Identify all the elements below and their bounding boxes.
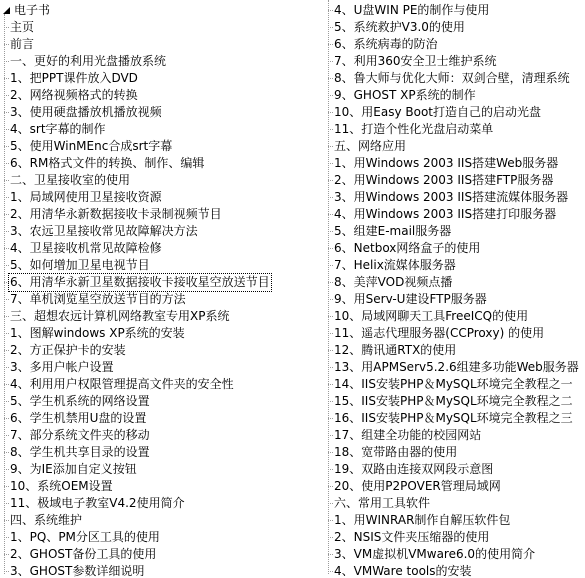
tree-item[interactable]: 11、打造个性化光盘启动菜单 xyxy=(334,121,493,138)
tree-item-label: 2、NSIS文件夹压缩器的使用 xyxy=(334,530,489,545)
tree-item[interactable]: 二、卫星接收室的使用 xyxy=(10,172,130,189)
tree-item-label: 6、用清华永新卫星数据接收卡接收星空放送节目 xyxy=(10,275,270,290)
tree-item[interactable]: 11、极域电子教室V4.2使用简介 xyxy=(10,495,185,512)
tree-item[interactable]: 8、美萍VOD视频点播 xyxy=(334,274,452,291)
tree-item-label: 10、局域网聊天工具FreeICQ的使用 xyxy=(334,309,528,324)
tree-item-label: 3、农远卫星接收常见故障解决方法 xyxy=(10,224,198,239)
tree-item[interactable]: 3、农远卫星接收常见故障解决方法 xyxy=(10,223,198,240)
tree-item-label: 4、利用用户权限管理提高文件夹的安全性 xyxy=(10,377,234,392)
tree-item[interactable]: 2、GHOST备份工具的使用 xyxy=(10,546,156,563)
tree-item[interactable]: 1、PQ、PM分区工具的使用 xyxy=(10,529,160,546)
tree-item[interactable]: 3、用Windows 2003 IIS搭建流媒体服务器 xyxy=(334,189,568,206)
tree-item-label: 9、用Serv-U建设FTP服务器 xyxy=(334,292,487,307)
tree-item[interactable]: 1、图解windows XP系统的安装 xyxy=(10,325,185,342)
tree-item-label: 一、更好的利用光盘播放系统 xyxy=(10,54,166,69)
tree-guide-line-left xyxy=(4,14,5,574)
tree-item-label: 14、IIS安装PHP＆MySQL环境完全教程之一 xyxy=(334,377,573,392)
tree-item[interactable]: 6、用清华永新卫星数据接收卡接收星空放送节目 xyxy=(10,274,270,291)
tree-item-label: 三、超想农远计算机网络教室专用XP系统 xyxy=(10,309,229,324)
tree-item[interactable]: 16、IIS安装PHP＆MySQL环境完全教程之三 xyxy=(334,410,573,427)
tree-item-label: 16、IIS安装PHP＆MySQL环境完全教程之三 xyxy=(334,411,573,426)
tree-item[interactable]: 15、IIS安装PHP＆MySQL环境完全教程之二 xyxy=(334,393,573,410)
tree-item-label: 6、RM格式文件的转换、制作、编辑 xyxy=(10,156,204,171)
tree-item[interactable]: 3、GHOST参数详细说明 xyxy=(10,563,144,578)
tree-item-label: 10、系统OEM设置 xyxy=(10,479,113,494)
tree-item-label: 4、U盘WIN PE的制作与使用 xyxy=(334,3,489,18)
tree-item[interactable]: 10、局域网聊天工具FreeICQ的使用 xyxy=(334,308,528,325)
tree-item[interactable]: 1、把PPT课件放入DVD xyxy=(10,70,138,87)
tree-item-label: 10、用Easy Boot打造自己的启动光盘 xyxy=(334,105,541,120)
tree-item[interactable]: 三、超想农远计算机网络教室专用XP系统 xyxy=(10,308,229,325)
tree-item-label: 13、用APMServ5.2.6组建多功能Web服务器 xyxy=(334,360,579,375)
tree-item[interactable]: 2、方正保护卡的安装 xyxy=(10,342,126,359)
tree-item[interactable]: 2、NSIS文件夹压缩器的使用 xyxy=(334,529,489,546)
tree-item-label: 9、为IE添加自定义按钮 xyxy=(10,462,137,477)
tree-item[interactable]: 1、用WINRAR制作自解压软件包 xyxy=(334,512,510,529)
tree-item-label: 3、多用户帐户设置 xyxy=(10,360,114,375)
tree-item-label: 3、用Windows 2003 IIS搭建流媒体服务器 xyxy=(334,190,568,205)
tree-item[interactable]: 6、Netbox网络盒子的使用 xyxy=(334,240,480,257)
tree-item-label: 六、常用工具软件 xyxy=(334,496,430,511)
tree-item-label: 1、把PPT课件放入DVD xyxy=(10,71,138,86)
tree-item[interactable]: 5、使用WinMEnc合成srt字幕 xyxy=(10,138,172,155)
tree-item[interactable]: 4、srt字幕的制作 xyxy=(10,121,106,138)
tree-item-label: 2、用清华永新数据接收卡录制视频节目 xyxy=(10,207,222,222)
tree-item[interactable]: 主页 xyxy=(10,19,34,36)
tree-item[interactable]: 2、网络视频格式的转换 xyxy=(10,87,138,104)
tree-item[interactable]: 4、利用用户权限管理提高文件夹的安全性 xyxy=(10,376,234,393)
tree-item[interactable]: 3、VM虚拟机VMware6.0的使用简介 xyxy=(334,546,535,563)
tree-item[interactable]: 4、VMWare tools的安装 xyxy=(334,563,472,578)
tree-item[interactable]: 14、IIS安装PHP＆MySQL环境完全教程之一 xyxy=(334,376,573,393)
tree-item-label: 1、PQ、PM分区工具的使用 xyxy=(10,530,160,545)
tree-item[interactable]: 7、部分系统文件夹的移动 xyxy=(10,427,150,444)
tree-item[interactable]: 5、系统救护V3.0的使用 xyxy=(334,19,465,36)
tree-item-label: 3、GHOST参数详细说明 xyxy=(10,564,144,578)
tree-item[interactable]: 12、腾讯通RTX的使用 xyxy=(334,342,456,359)
tree-item-label: 7、单机浏览星空放送节目的方法 xyxy=(10,292,186,307)
tree-item-label: 12、腾讯通RTX的使用 xyxy=(334,343,456,358)
tree-item[interactable]: 13、用APMServ5.2.6组建多功能Web服务器 xyxy=(334,359,579,376)
tree-item[interactable]: 8、鲁大师与优化大师：双剑合壁，清理系统 xyxy=(334,70,570,87)
tree-guide-line-right xyxy=(328,0,329,574)
tree-item-label: 四、系统维护 xyxy=(10,513,82,528)
tree-item[interactable]: 19、双路由连接双网段示意图 xyxy=(334,461,493,478)
tree-item[interactable]: 6、RM格式文件的转换、制作、编辑 xyxy=(10,155,204,172)
tree-item[interactable]: 4、U盘WIN PE的制作与使用 xyxy=(334,2,489,19)
tree-item[interactable]: 5、学生机系统的网络设置 xyxy=(10,393,150,410)
tree-item-label: 2、用Windows 2003 IIS搭建FTP服务器 xyxy=(334,173,553,188)
tree-item-label: 20、使用P2POVER管理局域网 xyxy=(334,479,501,494)
tree-item-label: 主页 xyxy=(10,20,34,35)
tree-item[interactable]: 3、使用硬盘播放机播放视频 xyxy=(10,104,162,121)
tree-item[interactable]: 前言 xyxy=(10,36,34,53)
tree-item[interactable]: 1、用Windows 2003 IIS搭建Web服务器 xyxy=(334,155,558,172)
tree-item[interactable]: 17、组建全功能的校园网站 xyxy=(334,427,481,444)
tree-item[interactable]: 10、用Easy Boot打造自己的启动光盘 xyxy=(334,104,541,121)
tree-item-label: 3、VM虚拟机VMware6.0的使用简介 xyxy=(334,547,535,562)
tree-item[interactable]: 10、系统OEM设置 xyxy=(10,478,113,495)
tree-item-label: 4、用Windows 2003 IIS搭建打印服务器 xyxy=(334,207,556,222)
tree-item[interactable]: 四、系统维护 xyxy=(10,512,82,529)
tree-item-label: 6、系统病毒的防治 xyxy=(334,37,438,52)
tree-item-label: 2、网络视频格式的转换 xyxy=(10,88,138,103)
tree-item[interactable]: 2、用Windows 2003 IIS搭建FTP服务器 xyxy=(334,172,553,189)
tree-item-label: 3、使用硬盘播放机播放视频 xyxy=(10,105,162,120)
tree-item-label: 二、卫星接收室的使用 xyxy=(10,173,130,188)
tree-item-label: 19、双路由连接双网段示意图 xyxy=(334,462,493,477)
tree-item[interactable]: 9、GHOST XP系统的制作 xyxy=(334,87,476,104)
tree-item-label: 1、用WINRAR制作自解压软件包 xyxy=(334,513,510,528)
tree-item[interactable]: 1、局域网使用卫星接收资源 xyxy=(10,189,162,206)
tree-item[interactable]: 18、宽带路由器的使用 xyxy=(334,444,457,461)
tree-item-label: 9、GHOST XP系统的制作 xyxy=(334,88,476,103)
tree-item[interactable]: 5、组建E-mail服务器 xyxy=(334,223,451,240)
tree-item-label: 11、遥志代理服务器(CCProxy) 的使用 xyxy=(334,326,544,341)
tree-item[interactable]: 9、用Serv-U建设FTP服务器 xyxy=(334,291,487,308)
tree-item-label: 15、IIS安装PHP＆MySQL环境完全教程之二 xyxy=(334,394,573,409)
tree-item[interactable]: 6、系统病毒的防治 xyxy=(334,36,438,53)
tree-item-label: 2、方正保护卡的安装 xyxy=(10,343,126,358)
tree-item-label: 5、系统救护V3.0的使用 xyxy=(334,20,465,35)
tree-item-label: 6、学生机禁用U盘的设置 xyxy=(10,411,146,426)
tree-item-label: 7、部分系统文件夹的移动 xyxy=(10,428,150,443)
tree-item-label: 5、学生机系统的网络设置 xyxy=(10,394,150,409)
tree-item[interactable]: 7、单机浏览星空放送节目的方法 xyxy=(10,291,186,308)
tree-root-label: 电子书 xyxy=(14,3,50,17)
tree-item-label: 4、卫星接收机常见故障检修 xyxy=(10,241,162,256)
tree-item-label: 7、利用360安全卫士维护系统 xyxy=(334,54,497,69)
tree-item[interactable]: 六、常用工具软件 xyxy=(334,495,430,512)
tree-item[interactable]: 8、学生机共享目录的设置 xyxy=(10,444,150,461)
tree-item[interactable]: 20、使用P2POVER管理局域网 xyxy=(334,478,501,495)
tree-item-label: 1、局域网使用卫星接收资源 xyxy=(10,190,162,205)
tree-item-label: 18、宽带路由器的使用 xyxy=(334,445,457,460)
tree-item[interactable]: 7、Helix流媒体服务器 xyxy=(334,257,456,274)
tree-item-label: 8、美萍VOD视频点播 xyxy=(334,275,452,290)
tree-item[interactable]: 6、学生机禁用U盘的设置 xyxy=(10,410,146,427)
expand-arrow-icon[interactable] xyxy=(2,3,11,12)
tree-item-label: 8、鲁大师与优化大师：双剑合壁，清理系统 xyxy=(334,71,570,86)
tree-item-label: 5、使用WinMEnc合成srt字幕 xyxy=(10,139,172,154)
tree-item-label: 2、GHOST备份工具的使用 xyxy=(10,547,156,562)
tree-item-label: 4、VMWare tools的安装 xyxy=(334,564,472,578)
tree-root-node[interactable]: 电子书 xyxy=(2,2,50,19)
tree-item[interactable]: 5、如何增加卫星电视节目 xyxy=(10,257,150,274)
tree-item[interactable]: 11、遥志代理服务器(CCProxy) 的使用 xyxy=(334,325,544,342)
toc-page: 电子书 主页前言一、更好的利用光盘播放系统1、把PPT课件放入DVD2、网络视频… xyxy=(0,0,585,578)
tree-item-label: 五、网络应用 xyxy=(334,139,406,154)
tree-item[interactable]: 一、更好的利用光盘播放系统 xyxy=(10,53,166,70)
tree-item-label: 17、组建全功能的校园网站 xyxy=(334,428,481,443)
tree-item-label: 6、Netbox网络盒子的使用 xyxy=(334,241,480,256)
tree-item-label: 7、Helix流媒体服务器 xyxy=(334,258,456,273)
tree-item-label: 8、学生机共享目录的设置 xyxy=(10,445,150,460)
tree-item[interactable]: 7、利用360安全卫士维护系统 xyxy=(334,53,497,70)
tree-item-label: 4、srt字幕的制作 xyxy=(10,122,106,137)
tree-item-label: 1、图解windows XP系统的安装 xyxy=(10,326,185,341)
tree-item[interactable]: 3、多用户帐户设置 xyxy=(10,359,114,376)
tree-item-label: 5、如何增加卫星电视节目 xyxy=(10,258,150,273)
tree-item-label: 前言 xyxy=(10,37,34,52)
tree-item-label: 1、用Windows 2003 IIS搭建Web服务器 xyxy=(334,156,558,171)
tree-item[interactable]: 2、用清华永新数据接收卡录制视频节目 xyxy=(10,206,222,223)
tree-item-label: 11、极域电子教室V4.2使用简介 xyxy=(10,496,185,511)
tree-item[interactable]: 4、卫星接收机常见故障检修 xyxy=(10,240,162,257)
tree-item[interactable]: 4、用Windows 2003 IIS搭建打印服务器 xyxy=(334,206,556,223)
tree-item-label: 11、打造个性化光盘启动菜单 xyxy=(334,122,493,137)
tree-item[interactable]: 9、为IE添加自定义按钮 xyxy=(10,461,137,478)
tree-item-label: 5、组建E-mail服务器 xyxy=(334,224,451,239)
tree-item[interactable]: 五、网络应用 xyxy=(334,138,406,155)
